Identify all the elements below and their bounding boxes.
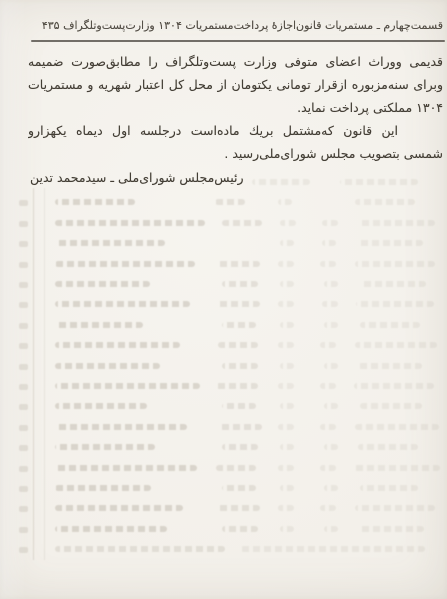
bleedthrough-mark	[222, 485, 256, 491]
bleedthrough-mark	[222, 526, 258, 532]
bleedthrough-mark	[218, 505, 260, 511]
bleedthrough-mark	[324, 444, 338, 450]
bleedthrough-mark	[358, 444, 418, 450]
bleedthrough-mark	[278, 301, 294, 307]
bleedthrough-mark	[280, 363, 294, 369]
bleedthrough-mark	[55, 424, 187, 430]
bleedthrough-mark	[55, 301, 190, 307]
bleedthrough-mark	[222, 363, 258, 369]
paragraph-line: شمسى بتصويب مجلس شوراى‌ملى‌رسيد .	[28, 142, 443, 165]
bleedthrough-mark	[278, 505, 294, 511]
bleedthrough-mark	[222, 281, 258, 287]
paragraph-law-body: قديمى ووراث اعضاى متوفى وزارت پست‌وتلگرا…	[28, 50, 443, 119]
bleedthrough-mark	[55, 505, 183, 511]
bleedthrough-row	[0, 335, 447, 355]
bleedthrough-row	[0, 519, 447, 539]
bleedthrough-mark	[240, 546, 425, 552]
bleedthrough-mark	[215, 199, 245, 205]
bleedthrough-mark	[252, 179, 310, 185]
bleedthrough-row-number	[19, 506, 28, 512]
bleedthrough-row-number	[19, 200, 28, 206]
bleedthrough-row-number	[19, 425, 28, 431]
bleedthrough-mark	[320, 342, 336, 348]
bleedthrough-mark	[55, 465, 197, 471]
paragraph-ratification: اين قانون كه‌مشتمل بريك ماده‌است درجلسه …	[28, 119, 443, 165]
bleedthrough-mark	[55, 546, 225, 552]
bleedthrough-mark	[216, 383, 258, 389]
bleedthrough-mark	[324, 403, 338, 409]
bleedthrough-mark	[222, 444, 258, 450]
bleedthrough-row-number	[19, 364, 28, 370]
bleedthrough-mark	[55, 281, 150, 287]
bleedthrough-mark	[360, 281, 426, 287]
bleedthrough-mark	[355, 342, 437, 348]
bleedthrough-row	[0, 294, 447, 314]
bleedthrough-row	[0, 315, 447, 335]
bleedthrough-mark	[280, 240, 294, 246]
bleedthrough-row-number	[19, 302, 28, 308]
bleedthrough-row	[0, 254, 447, 274]
bleedthrough-row-number	[19, 404, 28, 410]
bleedthrough-row	[0, 233, 447, 253]
bleedthrough-mark	[320, 505, 336, 511]
bleedthrough-mark	[218, 261, 260, 267]
bleedthrough-row	[0, 417, 447, 437]
bleedthrough-mark	[222, 220, 262, 226]
bleedthrough-row-number	[19, 384, 28, 390]
bleedthrough-vertical-rule	[33, 188, 34, 560]
bleedthrough-row	[0, 213, 447, 233]
running-head: قسمت‌چهارم ـ مستمريات قانون‌اجازهٔ پرداخ…	[28, 17, 443, 35]
bleedthrough-mark	[278, 424, 294, 430]
bleedthrough-mark	[358, 526, 424, 532]
bleedthrough-mark	[322, 240, 336, 246]
bleedthrough-mark	[320, 424, 336, 430]
bleedthrough-row-number	[19, 547, 28, 553]
bleedthrough-row-number	[19, 241, 28, 247]
bleedthrough-table	[0, 170, 447, 570]
bleedthrough-mark	[280, 485, 294, 491]
bleedthrough-row	[0, 192, 447, 212]
bleedthrough-mark	[280, 403, 294, 409]
bleedthrough-mark	[55, 526, 167, 532]
bleedthrough-mark	[320, 383, 336, 389]
bleedthrough-row	[0, 458, 447, 478]
bleedthrough-mark	[278, 465, 294, 471]
bleedthrough-mark	[55, 240, 165, 246]
bleedthrough-mark	[218, 342, 258, 348]
bleedthrough-mark	[322, 220, 338, 226]
bleedthrough-row-number	[19, 445, 28, 451]
bleedthrough-mark	[222, 403, 256, 409]
bleedthrough-mark	[360, 322, 420, 328]
bleedthrough-row-number	[19, 282, 28, 288]
bleedthrough-mark	[354, 465, 440, 471]
bleedthrough-mark	[355, 424, 439, 430]
bleedthrough-mark	[340, 179, 418, 185]
bleedthrough-mark	[355, 261, 435, 267]
bleedthrough-row	[0, 396, 447, 416]
bleedthrough-mark	[280, 444, 294, 450]
bleedthrough-mark	[218, 424, 262, 430]
bleedthrough-row	[0, 478, 447, 498]
bleedthrough-mark	[358, 240, 423, 246]
bleedthrough-mark	[355, 505, 435, 511]
bleedthrough-mark	[278, 342, 294, 348]
bleedthrough-mark	[55, 322, 143, 328]
bleedthrough-row-number	[19, 343, 28, 349]
bleedthrough-row-number	[19, 466, 28, 472]
bleedthrough-mark	[55, 403, 147, 409]
bleedthrough-mark	[55, 363, 160, 369]
bleedthrough-mark	[55, 199, 135, 205]
bleedthrough-mark	[55, 261, 195, 267]
bleedthrough-mark	[355, 199, 415, 205]
bleedthrough-mark	[324, 485, 338, 491]
bleedthrough-mark	[55, 444, 155, 450]
bleedthrough-row	[0, 274, 447, 294]
paragraph-line: اين قانون كه‌مشتمل بريك ماده‌است درجلسه …	[28, 119, 443, 142]
bleedthrough-row	[0, 376, 447, 396]
bleedthrough-row-number	[19, 486, 28, 492]
bleedthrough-mark	[320, 465, 336, 471]
bleedthrough-row-number	[19, 221, 28, 227]
bleedthrough-mark	[216, 301, 260, 307]
bleedthrough-mark	[360, 403, 422, 409]
bleedthrough-mark	[55, 485, 151, 491]
bleedthrough-mark	[324, 281, 338, 287]
bleedthrough-mark	[356, 301, 434, 307]
paragraph-line: ۱۳۰۴ مملكتى پرداخت نمايد.	[28, 96, 443, 119]
bleedthrough-mark	[360, 485, 418, 491]
paragraph-line: وبراى سنه‌مزبوره ازقرار تومانى يكتومان ا…	[28, 73, 443, 96]
bleedthrough-mark	[324, 363, 338, 369]
bleedthrough-mark	[324, 526, 338, 532]
bleedthrough-vertical-rule	[44, 188, 45, 560]
bleedthrough-mark	[55, 220, 205, 226]
signature-line: رئيس‌مجلس شوراى‌ملى ـ سيدمحمد تدين	[30, 167, 244, 189]
bleedthrough-mark	[280, 281, 294, 287]
bleedthrough-mark	[280, 220, 296, 226]
bleedthrough-row	[0, 539, 447, 559]
bleedthrough-mark	[55, 383, 200, 389]
bleedthrough-row	[0, 356, 447, 376]
bleedthrough-mark	[358, 363, 422, 369]
bleedthrough-mark	[55, 342, 180, 348]
paragraph-line: قديمى ووراث اعضاى متوفى وزارت پست‌وتلگرا…	[28, 50, 443, 73]
bleedthrough-mark	[280, 322, 294, 328]
bleedthrough-mark	[278, 261, 294, 267]
bleedthrough-mark	[354, 383, 434, 389]
bleedthrough-row	[0, 437, 447, 457]
bleedthrough-row	[0, 498, 447, 518]
bleedthrough-mark	[280, 526, 294, 532]
bleedthrough-mark	[320, 261, 336, 267]
bleedthrough-row-number	[19, 527, 28, 533]
bleedthrough-mark	[360, 220, 435, 226]
bleedthrough-row-number	[19, 262, 28, 268]
bleedthrough-mark	[322, 301, 338, 307]
bleedthrough-mark	[278, 199, 292, 205]
header-rule	[31, 40, 445, 42]
bleedthrough-mark	[222, 322, 256, 328]
bleedthrough-mark	[278, 383, 294, 389]
bleedthrough-mark	[216, 465, 256, 471]
bleedthrough-row-number	[19, 323, 28, 329]
bleedthrough-mark	[324, 322, 338, 328]
scanned-document-page: قسمت‌چهارم ـ مستمريات قانون‌اجازهٔ پرداخ…	[0, 0, 447, 599]
